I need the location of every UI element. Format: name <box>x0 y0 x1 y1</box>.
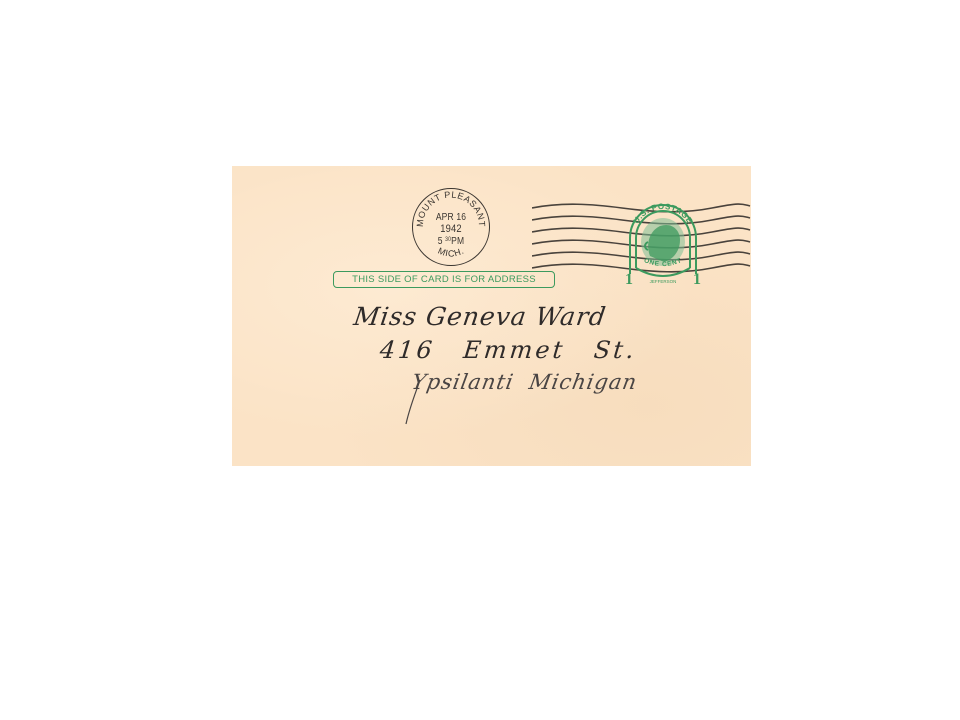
stamp-denomination-left: 1 <box>625 271 633 286</box>
stamp: U.S. POSTAGE ONE CENT JEFFERSON 1 1 <box>620 194 706 286</box>
postmark: MOUNT PLEASANT MICH. APR 16 1942 5 30PM <box>412 188 490 266</box>
jefferson-stamp-icon: U.S. POSTAGE ONE CENT JEFFERSON 1 1 <box>620 194 706 286</box>
address-recipient: Miss Geneva Ward <box>352 302 608 331</box>
address-street: 416 Emmet St. <box>379 336 639 364</box>
postmark-date: APR 16 <box>419 213 484 223</box>
stamp-denomination-right: 1 <box>693 271 701 286</box>
postmark-time: 5 30PM <box>419 235 484 247</box>
svg-text:MICH.: MICH. <box>436 246 465 259</box>
postmark-hour: 5 <box>438 236 443 247</box>
postmark-ampm: PM <box>451 236 464 247</box>
address-banner: THIS SIDE OF CARD IS FOR ADDRESS <box>333 271 555 288</box>
postmark-year: 1942 <box>419 224 484 234</box>
address-city: Ypsilanti Michigan <box>410 370 639 394</box>
postcard: MOUNT PLEASANT MICH. APR 16 1942 5 30PM <box>232 166 751 466</box>
stamp-portrait-label: JEFFERSON <box>650 279 677 284</box>
postmark-state: MICH. <box>436 246 465 259</box>
